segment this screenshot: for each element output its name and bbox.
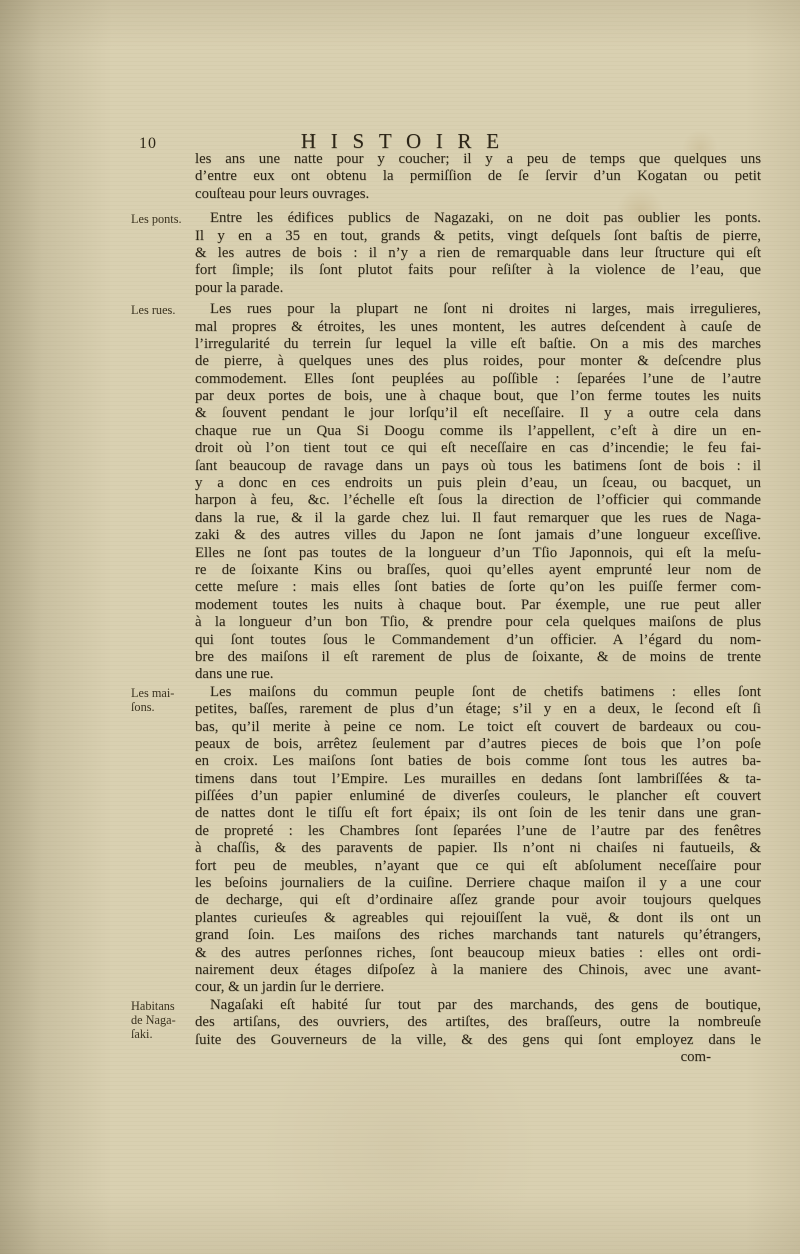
text-line: par deux portes de bois, une à chaque bo… bbox=[195, 388, 761, 405]
text-line: & des autres perſonnes riches, ſont beau… bbox=[195, 945, 761, 962]
margin-note-line: Les rues. bbox=[131, 303, 191, 317]
catchword-line: com- bbox=[195, 1049, 761, 1066]
text-line: chaque rue un Qua Si Doogu comme ils l’a… bbox=[195, 423, 761, 440]
text-line: petites, baſſes, rarement de plus d’un é… bbox=[195, 701, 761, 718]
text-line: Entre les édifices publics de Nagazaki, … bbox=[195, 210, 761, 227]
text-line: modement toutes les nuits à chaque bout.… bbox=[195, 597, 761, 614]
text-line: ſant beaucoup de ravage dans un pays où … bbox=[195, 458, 761, 475]
text-line: Nagaſaki eſt habité ſur tout par des mar… bbox=[195, 997, 761, 1014]
text-line: Les rues pour la plupart ne ſont ni droi… bbox=[195, 301, 761, 318]
paragraph: les ans une natte pour y coucher; il y a… bbox=[195, 151, 761, 203]
text-line: & ſouvent pendant le jour lorſqu’il eſt … bbox=[195, 405, 761, 422]
text-line: de pierre, à quelques unes des plus roid… bbox=[195, 353, 761, 370]
margin-note: Les mai-ſons. bbox=[131, 686, 191, 714]
text-line: Il y en a 35 en tout, grands & petits, v… bbox=[195, 228, 761, 245]
text-line: re de ſoixante Kins ou braſſes, quoi qu’… bbox=[195, 562, 761, 579]
margin-note-line: ſaki. bbox=[131, 1027, 191, 1041]
text-line: des artiſans, des ouvriers, des artiſtes… bbox=[195, 1014, 761, 1031]
text-line: de decharge, qui eſt d’ordinaire aſſez g… bbox=[195, 892, 761, 909]
margin-note-line: de Naga- bbox=[131, 1013, 191, 1027]
text-line: les ans une natte pour y coucher; il y a… bbox=[195, 151, 761, 168]
margin-note-line: ſons. bbox=[131, 700, 191, 714]
paragraph: Les mai-ſons.Les maiſons du commun peupl… bbox=[195, 684, 761, 997]
text-line: fort peu de meubles, n’ayant que ce qui … bbox=[195, 858, 761, 875]
text-line: mal propres & étroites, les unes montent… bbox=[195, 319, 761, 336]
text-line: piſſées d’un papier enluminé de diverſes… bbox=[195, 788, 761, 805]
text-line: plantes curieuſes & agreables qui rejoui… bbox=[195, 910, 761, 927]
text-line: dans une rue. bbox=[195, 666, 761, 683]
text-line: dans la rue, & il la garde chez lui. Il … bbox=[195, 510, 761, 527]
text-line: pour la parade. bbox=[195, 280, 761, 297]
text-line: droit où l’on tient tout ce qui eſt nece… bbox=[195, 440, 761, 457]
text-line: les beſoins journaliers de la cuiſine. D… bbox=[195, 875, 761, 892]
paragraph: Les rues.Les rues pour la plupart ne ſon… bbox=[195, 301, 761, 684]
margin-note: Les rues. bbox=[131, 303, 191, 317]
text-line: grand ſoin. Les maiſons des riches march… bbox=[195, 927, 761, 944]
text-line: Les maiſons du commun peuple ſont de che… bbox=[195, 684, 761, 701]
text-line: de nattes dont le tiſſu eſt fort épaix; … bbox=[195, 805, 761, 822]
text-line: cette meſure : mais elles ſont baties de… bbox=[195, 579, 761, 596]
text-line: fort ſimple; ils ſont plutot faits pour … bbox=[195, 262, 761, 279]
text-line: à chaſſis, & des paravents de papier. Il… bbox=[195, 840, 761, 857]
text-line: zaki & des autres villes du Japon ne ſon… bbox=[195, 527, 761, 544]
text-line: à la longueur d’un bon Tſio, & prendre p… bbox=[195, 614, 761, 631]
text-column: les ans une natte pour y coucher; il y a… bbox=[195, 151, 761, 1066]
paragraph: Les ponts.Entre les édifices publics de … bbox=[195, 210, 761, 297]
margin-note: Habitansde Naga-ſaki. bbox=[131, 999, 191, 1042]
text-line: de propreté : les Chambres ſont ſeparées… bbox=[195, 823, 761, 840]
text-line: harpon à feu, &c. l’échelle eſt ſous la … bbox=[195, 492, 761, 509]
book-page: { "page": { "number": "10", "running_tit… bbox=[0, 0, 800, 1254]
margin-note: Les ponts. bbox=[131, 212, 191, 226]
margin-note-line: Habitans bbox=[131, 999, 191, 1013]
text-line: en croix. Les maiſons ſont baties de boi… bbox=[195, 753, 761, 770]
text-line: bre des maiſons il eſt rarement de plus … bbox=[195, 649, 761, 666]
margin-note-line: Les mai- bbox=[131, 686, 191, 700]
text-line: y a donc en ces endroits un puis plein d… bbox=[195, 475, 761, 492]
text-line: Elles ne ſont pas toutes de la longueur … bbox=[195, 545, 761, 562]
text-line: couſteau pour leurs ouvrages. bbox=[195, 186, 761, 203]
text-line: ſuite des Gouverneurs de la ville, & des… bbox=[195, 1032, 761, 1049]
text-line: peaux de bois, arrêtez ſeulement par d’a… bbox=[195, 736, 761, 753]
text-line: timens dans tout l’Empire. Les murailles… bbox=[195, 771, 761, 788]
catchword: com- bbox=[681, 1049, 711, 1065]
text-line: nairement deux étages diſpoſez à la mani… bbox=[195, 962, 761, 979]
margin-note-line: Les ponts. bbox=[131, 212, 191, 226]
text-line: commodement. Elles ſont peuplées au poſſ… bbox=[195, 371, 761, 388]
text-line: cour, & un jardin ſur le derriere. bbox=[195, 979, 761, 996]
paragraph: Habitansde Naga-ſaki.Nagaſaki eſt habité… bbox=[195, 997, 761, 1049]
text-line: qui ſont toutes ſous le Commandement d’u… bbox=[195, 632, 761, 649]
text-line: l’irregularité du terrein ſur lequel la … bbox=[195, 336, 761, 353]
text-line: d’entre eux ont obtenu la permiſſion de … bbox=[195, 168, 761, 185]
text-line: & les autres de bois : il n’y a rien de … bbox=[195, 245, 761, 262]
text-line: bas, qu’il merite à peine ce nom. Le toi… bbox=[195, 719, 761, 736]
